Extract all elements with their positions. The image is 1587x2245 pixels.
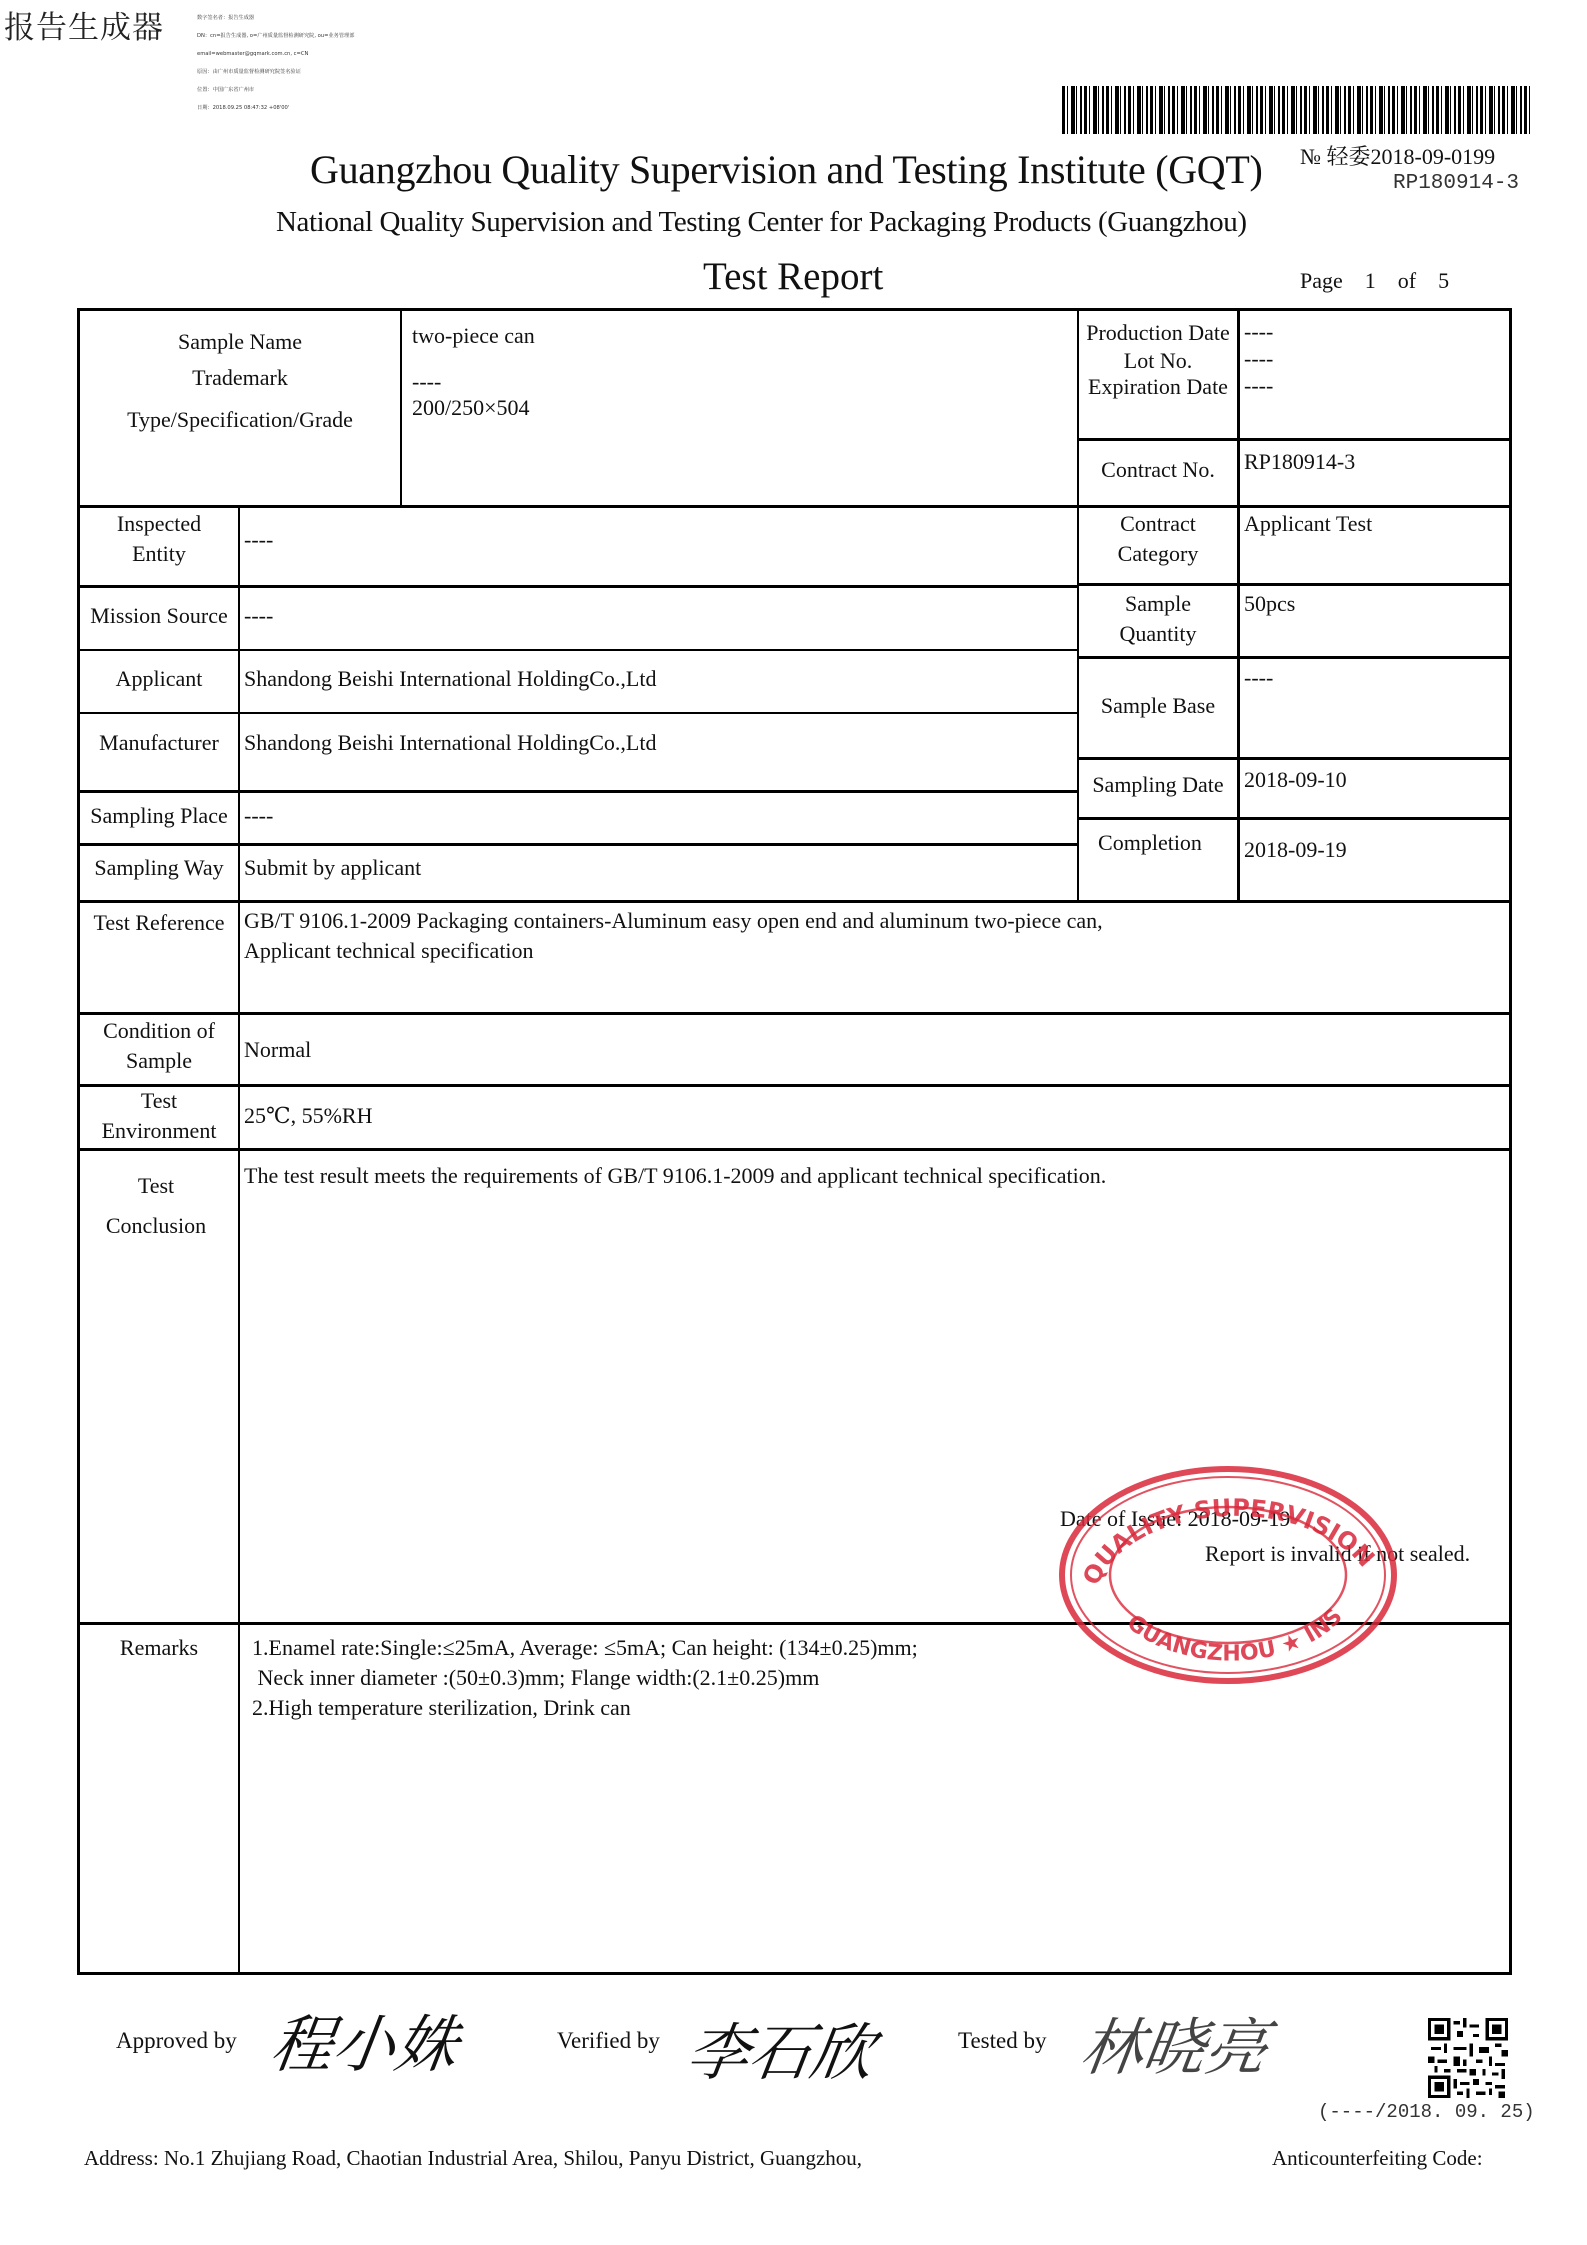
label-line: Entity (80, 539, 238, 569)
page-indicator: Page1of5 (1300, 268, 1471, 294)
label-line: Category (1077, 539, 1239, 569)
page-title: Test Report (703, 254, 883, 299)
report-number: № 轻委2018-09-0199 (1300, 140, 1495, 171)
manufacturer-label: Manufacturer (80, 728, 238, 758)
sampling-date-label: Sampling Date (1077, 770, 1239, 800)
mission-source-value: ---- (244, 601, 273, 631)
type-spec-grade-label: Type/Specification/Grade (80, 405, 400, 435)
type-spec-grade-value: 200/250×504 (412, 393, 530, 423)
code-date: (----/2018. 09. 25) (1318, 2101, 1535, 2123)
tested-signature: 林晓亮 (1076, 1998, 1275, 2087)
sampling-place-value: ---- (244, 801, 273, 831)
divider (80, 712, 1078, 714)
remarks-value: 1.Enamel rate:Single:≤25mA, Average: ≤5m… (252, 1633, 918, 1723)
label-line: Condition of (80, 1016, 238, 1046)
svg-text:QUALITY SUPERVISION AND TESTIN: QUALITY SUPERVISION AND TESTING (1056, 1463, 1387, 1589)
applicant-value: Shandong Beishi International HoldingCo.… (244, 664, 656, 694)
sig-meta-line: 日期：2018.09.25 08:47:32 +08'00' (197, 105, 354, 111)
sig-meta-line: email=webmaster@gqmark.com.cn, c=CN (197, 51, 354, 57)
remark-line: 2.High temperature sterilization, Drink … (252, 1693, 918, 1723)
environment-value: 25℃, 55%RH (244, 1101, 373, 1131)
sample-base-label: Sample Base (1077, 691, 1239, 721)
sampling-date-value: 2018-09-10 (1244, 765, 1347, 795)
signature-watermark: 报告生成器 (4, 2, 164, 47)
contract-category-label: Contract Category (1077, 509, 1239, 569)
sampling-place-label: Sampling Place (80, 801, 238, 831)
qr-code-icon (1428, 2018, 1508, 2098)
environment-label: Test Environment (80, 1086, 238, 1146)
label-line: Quantity (1077, 619, 1239, 649)
svg-text:GUANGZHOU ★ INSTITUTE: GUANGZHOU ★ INSTITUTE (1056, 1463, 1348, 1666)
divider (80, 790, 1078, 793)
approved-by-label: Approved by (116, 2028, 237, 2054)
divider (1077, 438, 1509, 441)
sample-quantity-label: Sample Quantity (1077, 589, 1239, 649)
label-line: Contract (1077, 509, 1239, 539)
condition-label: Condition of Sample (80, 1016, 238, 1076)
page-label: Page (1300, 268, 1343, 293)
conclusion-value: The test result meets the requirements o… (244, 1161, 1106, 1191)
divider (80, 1012, 1509, 1015)
divider (400, 311, 402, 505)
contract-no-label: Contract No. (1077, 455, 1239, 485)
verified-by-label: Verified by (557, 2028, 660, 2054)
sig-meta-line: DN：cn=报告生成器, o=广州质量监督检测研究院, ou=业务管理部 (197, 33, 354, 39)
divider (1077, 583, 1509, 586)
reference-line: GB/T 9106.1-2009 Packaging containers-Al… (244, 906, 1103, 936)
contract-category-value: Applicant Test (1244, 509, 1372, 539)
sample-name-label: Sample Name (80, 327, 400, 357)
institute-title: Guangzhou Quality Supervision and Testin… (310, 146, 1263, 193)
page-current: 1 (1365, 268, 1376, 293)
divider (80, 505, 1509, 508)
approved-signature: 程小姝 (266, 1995, 465, 2084)
label-line: Sample (80, 1046, 238, 1076)
label-line: Sample (1077, 589, 1239, 619)
sampling-way-value: Submit by applicant (244, 853, 421, 883)
divider (238, 505, 240, 1975)
signature-metadata: 数字签名者：报告生成器 DN：cn=报告生成器, o=广州质量监督检测研究院, … (197, 3, 354, 117)
trademark-label: Trademark (80, 363, 400, 393)
remarks-label: Remarks (80, 1633, 238, 1663)
page-of-label: of (1398, 268, 1416, 293)
sig-meta-line: 位置：中国广东省广州市 (197, 87, 354, 93)
label-line: Inspected (80, 509, 238, 539)
conclusion-label: Test Conclusion (80, 1166, 232, 1246)
reference-line: Applicant technical specification (244, 936, 1103, 966)
test-reference-label: Test Reference (80, 908, 238, 938)
expiration-date-value: ---- (1244, 371, 1273, 401)
sig-meta-line: 原因：由广州市质量监督检测研究院签名验证 (197, 69, 354, 75)
contract-no-value: RP180914-3 (1244, 447, 1355, 477)
production-date-label: Production Date (1077, 318, 1239, 348)
divider (1077, 817, 1509, 820)
completion-label: Completion (1077, 828, 1223, 858)
divider (80, 900, 1509, 903)
center-subtitle: National Quality Supervision and Testing… (276, 206, 1247, 239)
anticounterfeiting-label: Anticounterfeiting Code: (1272, 2146, 1483, 2171)
divider (1077, 656, 1509, 659)
sample-base-value: ---- (1244, 663, 1273, 693)
manufacturer-value: Shandong Beishi International HoldingCo.… (244, 728, 656, 758)
lot-no-value: ---- (1244, 344, 1273, 374)
page-total: 5 (1438, 268, 1449, 293)
report-code: RP180914-3 (1393, 172, 1519, 195)
divider (80, 1084, 1509, 1087)
label-line: Conclusion (80, 1206, 232, 1246)
sample-quantity-value: 50pcs (1244, 589, 1295, 619)
divider (80, 585, 1078, 588)
verified-signature: 李石欣 (682, 2003, 881, 2092)
mission-source-label: Mission Source (80, 601, 238, 631)
test-reference-value: GB/T 9106.1-2009 Packaging containers-Al… (244, 906, 1103, 966)
label-line: Test (80, 1086, 238, 1116)
official-seal-icon: QUALITY SUPERVISION AND TESTING GUANGZHO… (1056, 1463, 1401, 1688)
label-line: Environment (80, 1116, 238, 1146)
remark-line: Neck inner diameter :(50±0.3)mm; Flange … (252, 1663, 918, 1693)
sig-meta-line: 数字签名者：报告生成器 (197, 15, 354, 21)
address: Address: No.1 Zhujiang Road, Chaotian In… (84, 2146, 862, 2171)
divider (80, 1148, 1509, 1151)
remark-line: 1.Enamel rate:Single:≤25mA, Average: ≤5m… (252, 1633, 918, 1663)
expiration-date-label: Expiration Date (1077, 372, 1239, 402)
completion-value: 2018-09-19 (1244, 835, 1347, 865)
applicant-label: Applicant (80, 664, 238, 694)
label-line: Test (80, 1166, 232, 1206)
inspected-entity-value: ---- (244, 525, 273, 555)
production-date-value: ---- (1244, 317, 1273, 347)
divider (1077, 757, 1509, 760)
sampling-way-label: Sampling Way (80, 853, 238, 883)
divider (80, 649, 1078, 651)
inspected-entity-label: Inspected Entity (80, 509, 238, 569)
divider (80, 843, 1078, 846)
sample-name-value: two-piece can (412, 321, 535, 351)
tested-by-label: Tested by (958, 2028, 1046, 2054)
condition-value: Normal (244, 1035, 311, 1065)
barcode-icon (1062, 86, 1532, 134)
report-table: Sample Name Trademark Type/Specification… (77, 308, 1512, 1975)
